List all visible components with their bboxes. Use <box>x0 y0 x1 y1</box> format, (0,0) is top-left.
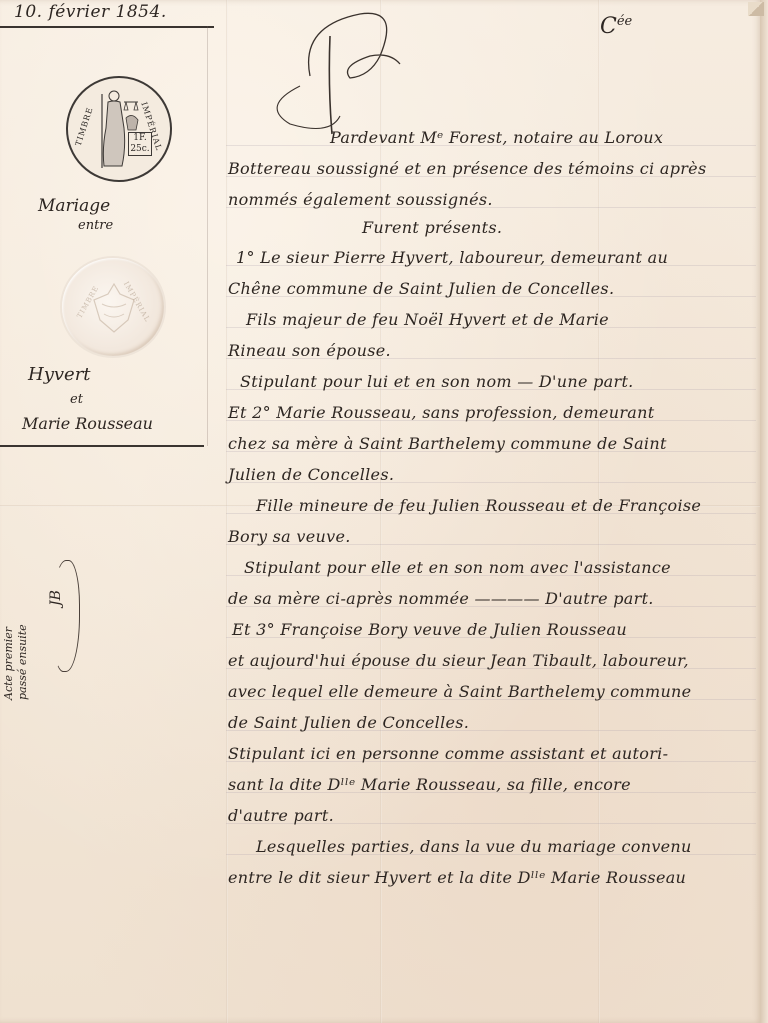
body-line: avec lequel elle demeure à Saint Barthel… <box>228 682 691 701</box>
dog-ear-corner <box>748 2 764 16</box>
stamp-value: 1F. 25c. <box>128 132 152 156</box>
body-line: nommés également soussignés. <box>228 190 493 209</box>
body-line: Fils majeur de feu Noël Hyvert et de Mar… <box>246 310 609 329</box>
side-annotation: Acte premier passé ensuite <box>2 624 30 700</box>
body-line: Bory sa veuve. <box>228 527 351 546</box>
document-date: 10. février 1854. <box>14 2 167 22</box>
header-rule <box>0 26 214 28</box>
stamp-value-centimes: 25c. <box>129 144 151 155</box>
paper-edge <box>760 0 768 1023</box>
justice-figure-icon <box>98 88 140 170</box>
body-line: Et 3° Françoise Bory veuve de Julien Rou… <box>232 620 627 639</box>
document-page: 10. février 1854. TIMBRE IMPÉRIAL 1F. 25… <box>0 0 762 1023</box>
body-line: 1° Le sieur Pierre Hyvert, laboureur, de… <box>236 248 668 267</box>
body-line: Pardevant Mᵉ Forest, notaire au Loroux <box>330 128 663 147</box>
body-line: de sa mère ci-après nommée ———— D'autre … <box>228 589 654 608</box>
body-line: Julien de Concelles. <box>228 465 394 484</box>
side-annotation-line2: passé ensuite <box>16 624 30 700</box>
margin-title: Mariage <box>38 196 110 216</box>
corner-mark: Cée <box>600 14 632 39</box>
body-line: chez sa mère à Saint Barthelemy commune … <box>228 434 667 453</box>
body-line-heading: Furent présents. <box>362 218 502 237</box>
margin-title-entre: entre <box>78 218 113 233</box>
body-line: Lesquelles parties, dans la vue du maria… <box>256 837 692 856</box>
body-line: Stipulant pour elle et en son nom avec l… <box>244 558 671 577</box>
eagle-emblem-icon <box>90 280 138 336</box>
body-line: et aujourd'hui épouse du sieur Jean Tiba… <box>228 651 689 670</box>
corner-mark-letter: C <box>600 14 617 39</box>
body-line: d'autre part. <box>228 806 334 825</box>
body-line: de Saint Julien de Concelles. <box>228 713 469 732</box>
embossed-seal: TIMBRE IMPÉRIAL <box>62 258 164 356</box>
margin-party-groom: Hyvert <box>28 364 91 385</box>
body-line: Chêne commune de Saint Julien de Concell… <box>228 279 614 298</box>
notary-paraph <box>52 560 80 672</box>
fiscal-stamp: TIMBRE IMPÉRIAL 1F. 25c. <box>66 76 172 182</box>
body-line: entre le dit sieur Hyvert et la dite Dˡˡ… <box>228 868 686 887</box>
margin-rule <box>0 445 204 447</box>
initial-p-flourish-icon <box>270 6 450 136</box>
body-line: Stipulant pour lui et en son nom — D'une… <box>240 372 634 391</box>
body-line: Rineau son épouse. <box>228 341 391 360</box>
body-line: Stipulant ici en personne comme assistan… <box>228 744 668 763</box>
body-line: Fille mineure de feu Julien Rousseau et … <box>256 496 701 515</box>
margin-party-and: et <box>70 392 83 407</box>
stamp-left-text: TIMBRE <box>74 106 95 147</box>
body-line: Et 2° Marie Rousseau, sans profession, d… <box>228 403 655 422</box>
body-line: sant la dite Dˡˡᵉ Marie Rousseau, sa fil… <box>228 775 631 794</box>
body-line: Bottereau soussigné et en présence des t… <box>228 159 706 178</box>
notary-initials: JB <box>48 590 64 606</box>
margin-party-bride: Marie Rousseau <box>22 414 153 433</box>
corner-mark-sup: ée <box>617 14 632 29</box>
side-annotation-line1: Acte premier <box>2 624 16 700</box>
margin-guide <box>207 26 208 446</box>
stamp-value-francs: 1F. <box>129 133 151 144</box>
